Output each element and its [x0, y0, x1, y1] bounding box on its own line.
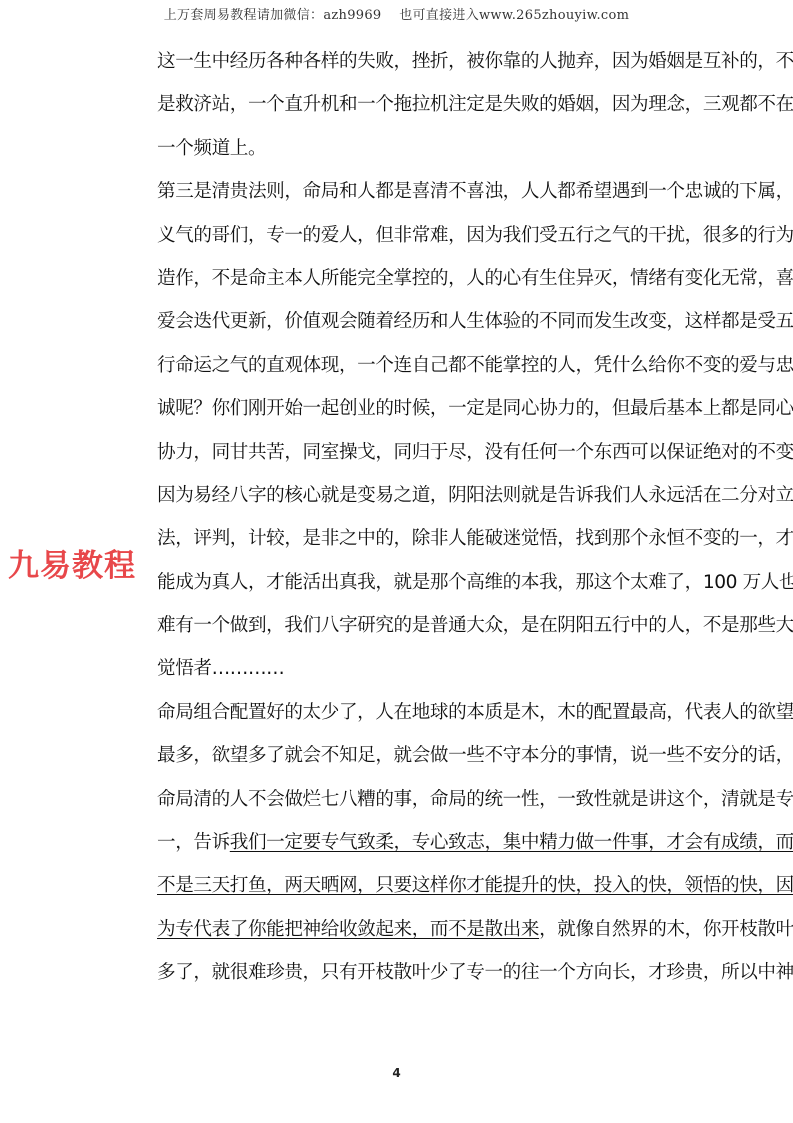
underlined-text: 不是三天打鱼，两天晒网，只要这样你才能提升的快，投入的快，领悟的快，因: [157, 875, 793, 896]
text-line: 这一生中经历各种各样的失败，挫折，被你靠的人抛弃，因为婚姻是互补的，不: [157, 40, 657, 83]
header-watermark: 上万套周易教程请加微信：azh9969 也可直接进入www.265zhouyiw…: [0, 4, 793, 23]
text-line: 造作，不是命主本人所能完全掌控的，人的心有生住异灭，情绪有变化无常，喜: [157, 257, 657, 300]
text-line: 第三是清贵法则，命局和人都是喜清不喜浊，人人都希望遇到一个忠诚的下属，: [157, 170, 657, 213]
text-line: 诚呢？你们刚开始一起创业的时候，一定是同心协力的，但最后基本上都是同心: [157, 387, 657, 430]
document-body: 这一生中经历各种各样的失败，挫折，被你靠的人抛弃，因为婚姻是互补的，不 是救济站…: [157, 40, 657, 995]
text-line: 协力，同甘共苦，同室操戈，同归于尽，没有任何一个东西可以保证绝对的不变，: [157, 431, 657, 474]
text-line: 义气的哥们，专一的爱人，但非常难，因为我们受五行之气的干扰，很多的行为: [157, 214, 657, 257]
text-line: 是救济站，一个直升机和一个拖拉机注定是失败的婚姻，因为理念，三观都不在: [157, 83, 657, 126]
side-logo-watermark: 九易教程: [8, 540, 136, 585]
text-line: 因为易经八字的核心就是变易之道，阴阳法则就是告诉我们人永远活在二分对立: [157, 474, 657, 517]
text-line: 最多，欲望多了就会不知足，就会做一些不守本分的事情，说一些不安分的话，: [157, 734, 657, 777]
underlined-text: 我们一定要专气致柔，专心致志，集中精力做一件事，才会有成绩，而: [230, 832, 793, 853]
text-line: 行命运之气的直观体现，一个连自己都不能掌控的人，凭什么给你不变的爱与忠: [157, 344, 657, 387]
text-line: 觉悟者…………: [157, 647, 657, 690]
text-run: ，就像自然界的木，你开枝散叶: [539, 919, 793, 940]
text-line: 法，评判，计较，是非之中的，除非人能破迷觉悟，找到那个永恒不变的一，才: [157, 517, 657, 560]
text-line: 为专代表了你能把神给收敛起来，而不是散出来，就像自然界的木，你开枝散叶: [157, 908, 657, 951]
page-number: 4: [0, 1066, 793, 1080]
text-line: 爱会迭代更新，价值观会随着经历和人生体验的不同而发生改变，这样都是受五: [157, 300, 657, 343]
text-line: 一个频道上。: [157, 127, 657, 170]
text-line: 命局清的人不会做烂七八糟的事，命局的统一性，一致性就是讲这个，清就是专: [157, 778, 657, 821]
text-line: 能成为真人，才能活出真我，就是那个高维的本我，那这个太难了，100 万人也: [157, 561, 657, 604]
text-line: 不是三天打鱼，两天晒网，只要这样你才能提升的快，投入的快，领悟的快，因: [157, 864, 657, 907]
text-line: 多了，就很难珍贵，只有开枝散叶少了专一的往一个方向长，才珍贵，所以中神: [157, 951, 657, 994]
underlined-text: 为专代表了你能把神给收敛起来，而不是散出来: [157, 919, 539, 940]
text-line: 命局组合配置好的太少了，人在地球的本质是木，木的配置最高，代表人的欲望: [157, 691, 657, 734]
text-line: 一，告诉我们一定要专气致柔，专心致志，集中精力做一件事，才会有成绩，而: [157, 821, 657, 864]
text-line: 难有一个做到，我们八字研究的是普通大众，是在阴阳五行中的人，不是那些大: [157, 604, 657, 647]
text-run: 一，告诉: [157, 832, 230, 853]
